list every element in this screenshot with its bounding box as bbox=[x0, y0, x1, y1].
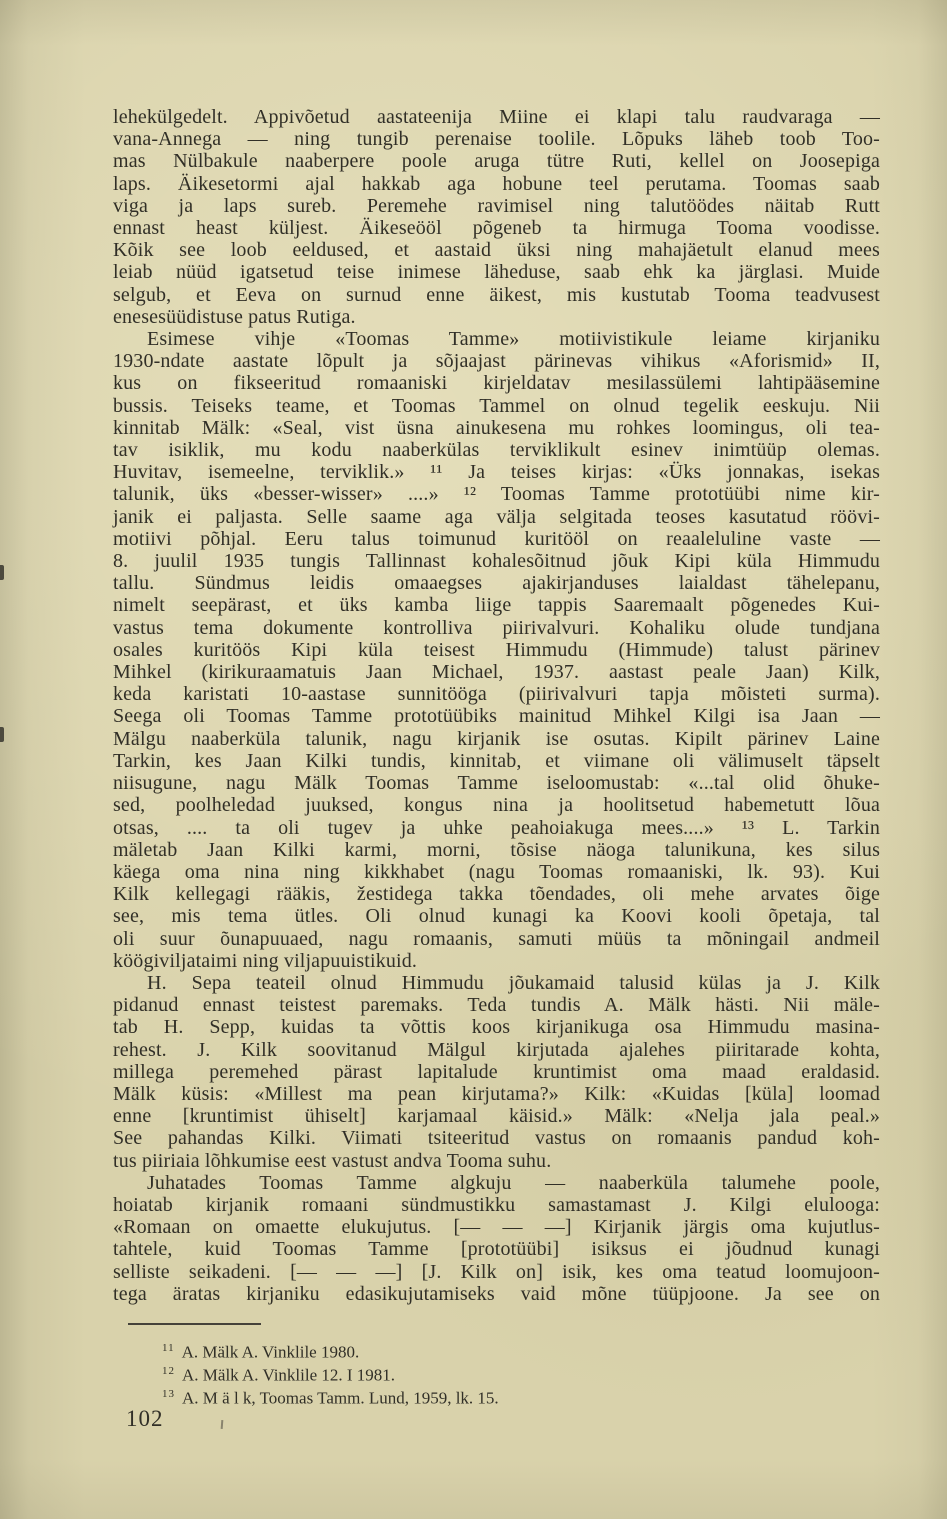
text-line: lehekülgedelt. Appivõetud aastateenija M… bbox=[113, 106, 880, 128]
text-line: hoiatab kirjanik romaani sündmustikku sa… bbox=[113, 1194, 880, 1216]
text-line: käega oma nina ning kikkhabet (nagu Toom… bbox=[113, 861, 880, 883]
text-line: mas Nülbakule naaberpere poole aruga tüt… bbox=[113, 150, 880, 172]
text-line: selliste seikadeni. [— — —] [J. Kilk on]… bbox=[113, 1261, 880, 1283]
footnotes: 11A. Mälk A. Vinklile 1980.12A. Mälk A. … bbox=[113, 1339, 880, 1408]
text-line: viga ja laps sureb. Peremehe ravimisel n… bbox=[113, 195, 880, 217]
text-line: otsas, .... ta oli tugev ja uhke peahoia… bbox=[113, 817, 880, 839]
footnote: 11A. Mälk A. Vinklile 1980. bbox=[113, 1339, 880, 1362]
text-line: selgub, et Eeva on surnud enne äikest, m… bbox=[113, 284, 880, 306]
text-line: keda karistati 10-aastase sunnitööga (pi… bbox=[113, 683, 880, 705]
text-line: ennast heast küljest. Äikeseööl põgeneb … bbox=[113, 217, 880, 239]
text-line: tega äratas kirjaniku edasikujutamiseks … bbox=[113, 1283, 880, 1305]
footnote-separator bbox=[128, 1323, 261, 1325]
text-line: kus on fikseeritud romaaniski kirjeldata… bbox=[113, 372, 880, 394]
text-line: kinnitab Mälk: «Seal, vist üsna ainukese… bbox=[113, 417, 880, 439]
text-line: sed, poolheledad juuksed, kongus nina ja… bbox=[113, 794, 880, 816]
text-line: talunik, üks «besser-wisser» ....» ¹² To… bbox=[113, 483, 880, 505]
text-line: enesesüüdistuse patus Rutiga. bbox=[113, 306, 880, 328]
text-line: 1930-ndate aastate lõpult ja sõjaajast p… bbox=[113, 350, 880, 372]
text-line: pidanud ennast teistest paremaks. Teda t… bbox=[113, 994, 880, 1016]
scan-artifact bbox=[0, 727, 4, 742]
footnote-marker: 11 bbox=[162, 1342, 175, 1354]
footnote-marker: 13 bbox=[162, 1388, 175, 1400]
page-number: 102 bbox=[126, 1406, 164, 1432]
scan-artifact bbox=[221, 1420, 224, 1429]
text-line: janik ei paljasta. Selle saame aga välja… bbox=[113, 506, 880, 528]
text-line: motiivi põhjal. Eeru talus toimunud kuri… bbox=[113, 528, 880, 550]
text-line: Kilk kellegagi rääkis, žestidega takka t… bbox=[113, 883, 880, 905]
text-line: Juhatades Toomas Tamme algkuju — naaberk… bbox=[113, 1172, 880, 1194]
footnote-marker: 12 bbox=[162, 1365, 175, 1377]
text-line: tab H. Sepp, kuidas ta võttis koos kirja… bbox=[113, 1016, 880, 1038]
text-line: tus piiriaia lõhkumise eest vastust andv… bbox=[113, 1150, 880, 1172]
text-block: lehekülgedelt. Appivõetud aastateenija M… bbox=[113, 106, 880, 1305]
scanned-page: lehekülgedelt. Appivõetud aastateenija M… bbox=[0, 0, 947, 1519]
text-line: Tarkin, kes Jaan Kilki tundis, kinnitab,… bbox=[113, 750, 880, 772]
text-line: millega peremehed pärast lapitalude krun… bbox=[113, 1061, 880, 1083]
text-line: osales kuritöös Kipi küla teisest Himmud… bbox=[113, 639, 880, 661]
text-line: laps. Äikesetormi ajal hakkab aga hobune… bbox=[113, 173, 880, 195]
text-line: tav isiklik, mu kodu naaberkülas tervikl… bbox=[113, 439, 880, 461]
text-line: niisugune, nagu Mälk Toomas Tamme iseloo… bbox=[113, 772, 880, 794]
text-line: see, mis tema ütles. Oli olnud kunagi ka… bbox=[113, 905, 880, 927]
text-line: Kõik see loob eeldused, et aastaid üksi … bbox=[113, 239, 880, 261]
text-line: Esimese vihje «Toomas Tamme» motiivistik… bbox=[113, 328, 880, 350]
text-line: 8. juulil 1935 tungis Tallinnast kohales… bbox=[113, 550, 880, 572]
text-line: leiab nüüd igatsetud teise inimese lähed… bbox=[113, 261, 880, 283]
footnote-text: A. M ä l k, Toomas Tamm. Lund, 1959, lk.… bbox=[182, 1389, 499, 1408]
text-line: Huvitav, isemeelne, terviklik.» ¹¹ Ja te… bbox=[113, 461, 880, 483]
text-line: «Romaan on omaette elukujutus. [— — —] K… bbox=[113, 1216, 880, 1238]
text-line: Mälgu naaberküla talunik, nagu kirjanik … bbox=[113, 728, 880, 750]
text-line: See pahandas Kilki. Viimati tsiteeritud … bbox=[113, 1127, 880, 1149]
text-line: vana-Annega — ning tungib perenaise tool… bbox=[113, 128, 880, 150]
footnote: 12A. Mälk A. Vinklile 12. I 1981. bbox=[113, 1362, 880, 1385]
text-line: bussis. Teiseks teame, et Toomas Tammel … bbox=[113, 395, 880, 417]
footnote-text: A. Mälk A. Vinklile 12. I 1981. bbox=[182, 1366, 395, 1385]
footnote: 13A. M ä l k, Toomas Tamm. Lund, 1959, l… bbox=[113, 1385, 880, 1408]
text-line: nimelt seepärast, et üks kamba liige tap… bbox=[113, 594, 880, 616]
text-line: Mälk küsis: «Millest ma pean kirjutama?»… bbox=[113, 1083, 880, 1105]
text-line: H. Sepa teateil olnud Himmudu jõukamaid … bbox=[113, 972, 880, 994]
text-line: vastus tema dokumente kontrolliva piiriv… bbox=[113, 617, 880, 639]
text-line: mäletab Jaan Kilki karmi, morni, tõsise … bbox=[113, 839, 880, 861]
footnote-text: A. Mälk A. Vinklile 1980. bbox=[182, 1343, 360, 1362]
text-line: rehest. J. Kilk soovitanud Mälgul kirjut… bbox=[113, 1039, 880, 1061]
text-line: Seega oli Toomas Tamme prototüübiks main… bbox=[113, 705, 880, 727]
text-line: oli suur õunapuuaed, nagu romaanis, samu… bbox=[113, 928, 880, 950]
text-line: tahtele, kuid Toomas Tamme [prototüübi] … bbox=[113, 1238, 880, 1260]
text-line: Mihkel (kirikuraamatuis Jaan Michael, 19… bbox=[113, 661, 880, 683]
scan-artifact bbox=[0, 565, 4, 580]
text-line: köögiviljataimi ning viljapuuistikuid. bbox=[113, 950, 880, 972]
text-line: tallu. Sündmus leidis omaaegses ajakirja… bbox=[113, 572, 880, 594]
text-line: enne [kruntimist ühiselt] karjamaal käis… bbox=[113, 1105, 880, 1127]
